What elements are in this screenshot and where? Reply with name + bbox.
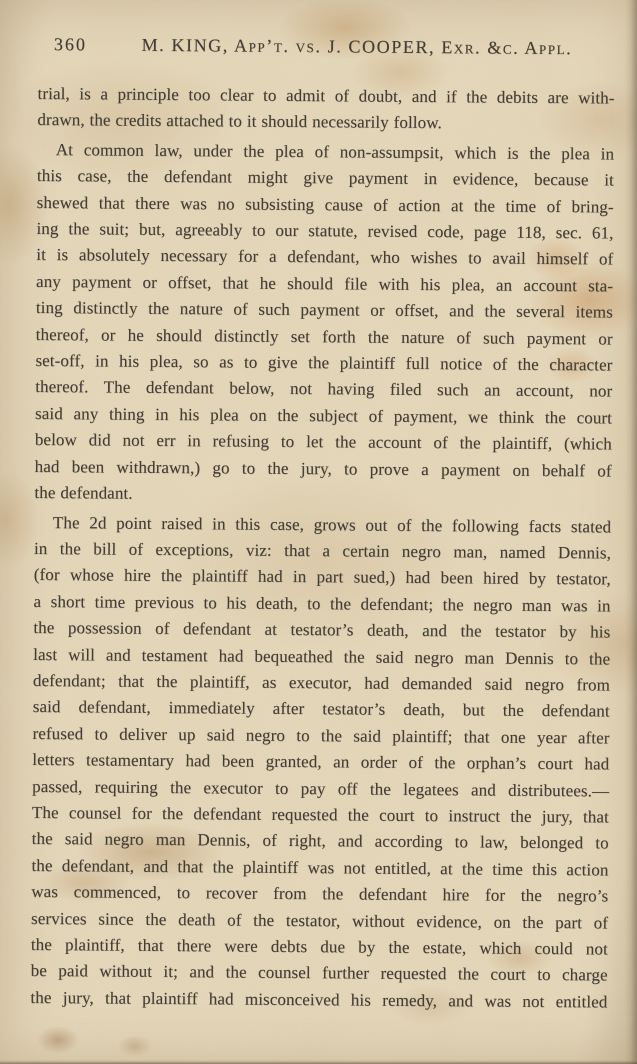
page-body: trial, is a principle too clear to admit… xyxy=(30,81,614,1016)
paragraph: trial, is a principle too clear to admit… xyxy=(37,81,614,138)
page-content: 360 M. KING, App’t. vs. J. COOPER, Exr. … xyxy=(0,0,637,1016)
text-line: letters testamentary had been granted, a… xyxy=(32,747,609,778)
text-line: this case, the defendant might give paym… xyxy=(37,163,614,194)
page-edge-shadow-bottom xyxy=(0,1060,637,1064)
text-line: said defendant, immediately after testat… xyxy=(33,694,610,725)
text-line: drawn, the credits attached to it should… xyxy=(37,107,614,138)
running-header: 360 M. KING, App’t. vs. J. COOPER, Exr. … xyxy=(0,0,637,60)
paragraph: The 2d point raised in this case, grows … xyxy=(30,509,611,1015)
text-line: the possession of defendant at testator’… xyxy=(33,615,610,646)
text-line: the defendant. xyxy=(34,480,611,511)
text-line: below did not err in refusing to let the… xyxy=(35,427,612,458)
text-line: was commenced, to recover from the defen… xyxy=(31,879,608,910)
text-line: the jury, that plaintiff had misconceive… xyxy=(30,985,607,1016)
scanned-page: 360 M. KING, App’t. vs. J. COOPER, Exr. … xyxy=(0,0,637,1064)
text-line: ting distinctly the nature of such payme… xyxy=(36,295,613,326)
running-title: M. KING, App’t. vs. J. COOPER, Exr. &c. … xyxy=(142,35,573,59)
page-number: 360 xyxy=(54,34,87,55)
text-line: (for whose hire the plaintiff had in par… xyxy=(34,562,611,593)
paragraph: At common law, under the plea of non-ass… xyxy=(34,137,614,511)
